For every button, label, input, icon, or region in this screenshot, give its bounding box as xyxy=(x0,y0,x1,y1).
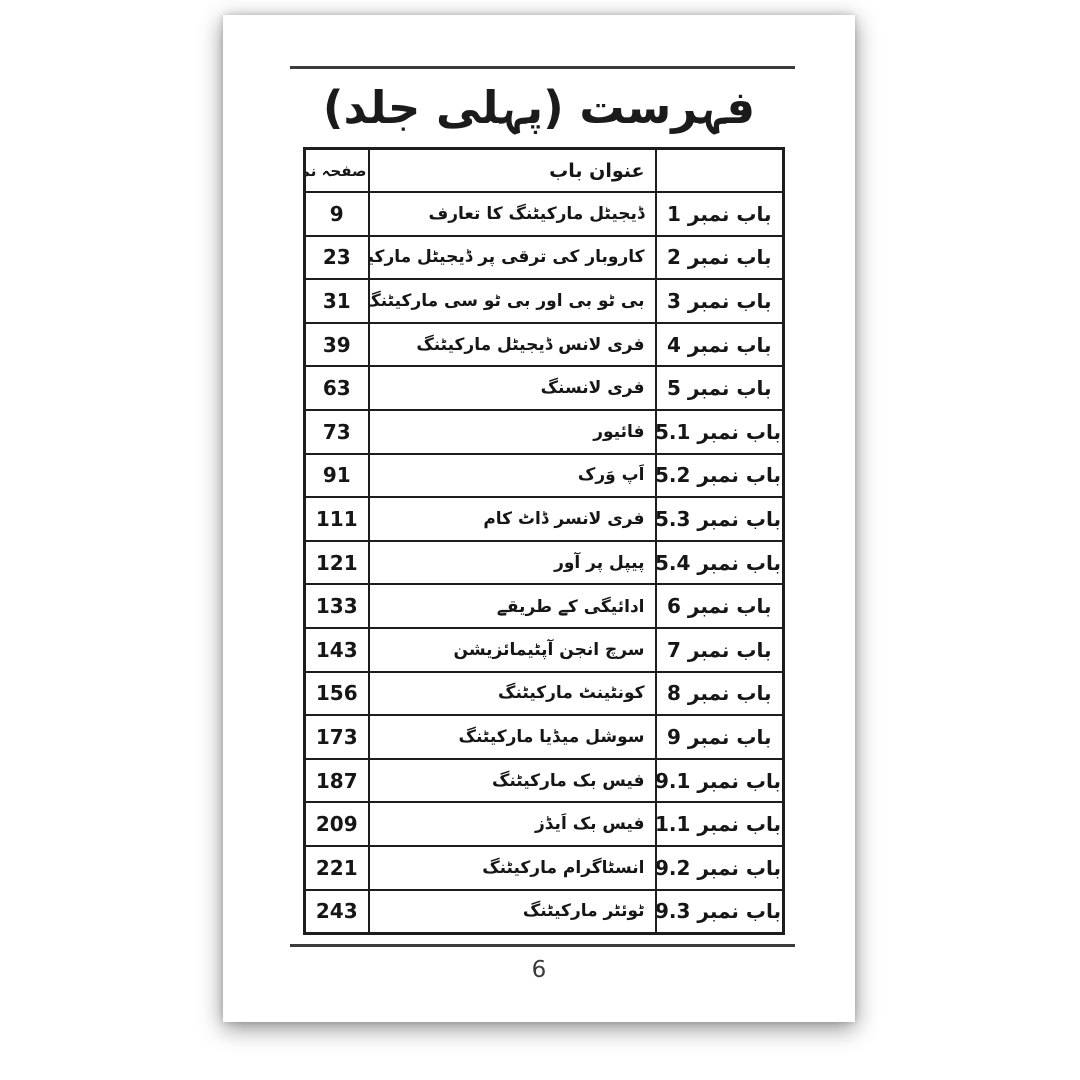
chapter-number-cell: باب نمبر 4 xyxy=(656,323,784,367)
header-page-cell: صفحہ نمبر xyxy=(305,149,369,193)
chapter-number-cell: باب نمبر 5.4 xyxy=(656,541,784,585)
chapter-title-cell: سرچ انجن آپٹیمائزیشن xyxy=(369,628,656,672)
chapter-number-cell: باب نمبر 8 xyxy=(656,672,784,716)
page-number-cell: 187 xyxy=(305,759,369,803)
page-number-cell: 9 xyxy=(305,192,369,236)
chapter-number-cell: باب نمبر 2 xyxy=(656,236,784,280)
table-row: باب نمبر 9.1.1 فیس بک اَیڈز 209 xyxy=(305,802,784,846)
chapter-title-cell: ڈیجیٹل مارکیٹنگ کا تعارف xyxy=(369,192,656,236)
chapter-title-cell: انسٹاگرام مارکیٹنگ xyxy=(369,846,656,890)
chapter-title-cell: فیس بک اَیڈز xyxy=(369,802,656,846)
toc-table-body: باب نمبر 1 ڈیجیٹل مارکیٹنگ کا تعارف 9 با… xyxy=(305,192,784,933)
table-row: باب نمبر 9 سوشل میڈیا مارکیٹنگ 173 xyxy=(305,715,784,759)
chapter-title-cell: فری لانس ڈیجیٹل مارکیٹنگ xyxy=(369,323,656,367)
table-row: باب نمبر 7 سرچ انجن آپٹیمائزیشن 143 xyxy=(305,628,784,672)
chapter-title-cell: بی ٹو بی اور بی ٹو سی مارکیٹنگ xyxy=(369,279,656,323)
top-rule xyxy=(290,66,795,69)
page-number-cell: 31 xyxy=(305,279,369,323)
chapter-title-cell: فائیور xyxy=(369,410,656,454)
chapter-title-cell: سوشل میڈیا مارکیٹنگ xyxy=(369,715,656,759)
page-number-cell: 63 xyxy=(305,366,369,410)
table-row: باب نمبر 9.1 فیس بک مارکیٹنگ 187 xyxy=(305,759,784,803)
table-row: باب نمبر 5.3 فری لانسر ڈاٹ کام 111 xyxy=(305,497,784,541)
chapter-title-cell: ٹوئٹر مارکیٹنگ xyxy=(369,890,656,934)
chapter-number-cell: باب نمبر 3 xyxy=(656,279,784,323)
page-number-cell: 121 xyxy=(305,541,369,585)
folio-page-number: 6 xyxy=(223,957,855,983)
chapter-title-cell: کونٹینٹ مارکیٹنگ xyxy=(369,672,656,716)
page-number-cell: 221 xyxy=(305,846,369,890)
page-number-cell: 111 xyxy=(305,497,369,541)
chapter-title-cell: کاروبار کی ترقی پر ڈیجیٹل مارکیٹنگ کا اث… xyxy=(369,236,656,280)
table-row: باب نمبر 2 کاروبار کی ترقی پر ڈیجیٹل مار… xyxy=(305,236,784,280)
chapter-title-cell: فری لانسر ڈاٹ کام xyxy=(369,497,656,541)
table-row: باب نمبر 9.3 ٹوئٹر مارکیٹنگ 243 xyxy=(305,890,784,934)
header-title-cell: عنوان باب xyxy=(369,149,656,193)
page-title: فہرست (پہلی جلد) xyxy=(223,77,855,139)
page-number-cell: 91 xyxy=(305,454,369,498)
chapter-title-cell: پیپل پر آور xyxy=(369,541,656,585)
chapter-number-cell: باب نمبر 5.2 xyxy=(656,454,784,498)
chapter-title-cell: ادائیگی کے طریقے xyxy=(369,584,656,628)
chapter-number-cell: باب نمبر 9.2 xyxy=(656,846,784,890)
bottom-rule xyxy=(290,944,795,947)
chapter-number-cell: باب نمبر 1 xyxy=(656,192,784,236)
chapter-number-cell: باب نمبر 5.1 xyxy=(656,410,784,454)
chapter-title-cell: فیس بک مارکیٹنگ xyxy=(369,759,656,803)
chapter-number-cell: باب نمبر 9.1 xyxy=(656,759,784,803)
toc-header-row: عنوان باب صفحہ نمبر xyxy=(305,149,784,193)
table-row: باب نمبر 6 ادائیگی کے طریقے 133 xyxy=(305,584,784,628)
table-row: باب نمبر 5.2 اَپ وَرک 91 xyxy=(305,454,784,498)
chapter-number-cell: باب نمبر 7 xyxy=(656,628,784,672)
page-number-cell: 73 xyxy=(305,410,369,454)
chapter-number-cell: باب نمبر 5.3 xyxy=(656,497,784,541)
page-number-cell: 243 xyxy=(305,890,369,934)
page-number-cell: 209 xyxy=(305,802,369,846)
table-row: باب نمبر 5 فری لانسنگ 63 xyxy=(305,366,784,410)
table-row: باب نمبر 9.2 انسٹاگرام مارکیٹنگ 221 xyxy=(305,846,784,890)
toc-table: عنوان باب صفحہ نمبر باب نمبر 1 ڈیجیٹل ما… xyxy=(303,147,785,935)
table-row: باب نمبر 5.1 فائیور 73 xyxy=(305,410,784,454)
chapter-number-cell: باب نمبر 9 xyxy=(656,715,784,759)
chapter-number-cell: باب نمبر 9.3 xyxy=(656,890,784,934)
table-row: باب نمبر 1 ڈیجیٹل مارکیٹنگ کا تعارف 9 xyxy=(305,192,784,236)
page-number-cell: 173 xyxy=(305,715,369,759)
table-row: باب نمبر 4 فری لانس ڈیجیٹل مارکیٹنگ 39 xyxy=(305,323,784,367)
page-number-cell: 156 xyxy=(305,672,369,716)
page-number-cell: 133 xyxy=(305,584,369,628)
chapter-title-cell: اَپ وَرک xyxy=(369,454,656,498)
page-number-cell: 23 xyxy=(305,236,369,280)
page-number-cell: 39 xyxy=(305,323,369,367)
chapter-number-cell: باب نمبر 6 xyxy=(656,584,784,628)
table-row: باب نمبر 3 بی ٹو بی اور بی ٹو سی مارکیٹن… xyxy=(305,279,784,323)
table-row: باب نمبر 5.4 پیپل پر آور 121 xyxy=(305,541,784,585)
book-page: فہرست (پہلی جلد) عنوان باب صفحہ نمبر باب… xyxy=(223,15,855,1022)
chapter-number-cell: باب نمبر 5 xyxy=(656,366,784,410)
table-row: باب نمبر 8 کونٹینٹ مارکیٹنگ 156 xyxy=(305,672,784,716)
chapter-title-cell: فری لانسنگ xyxy=(369,366,656,410)
chapter-number-cell: باب نمبر 9.1.1 xyxy=(656,802,784,846)
page-number-cell: 143 xyxy=(305,628,369,672)
header-chapter-cell xyxy=(656,149,784,193)
